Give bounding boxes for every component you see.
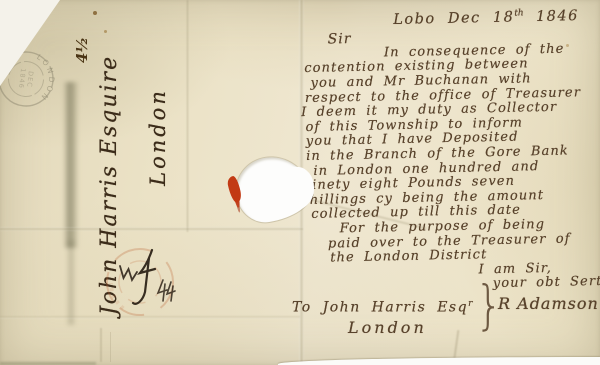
- crease-mark: [100, 328, 102, 362]
- signature: R Adamson: [498, 294, 599, 313]
- docket-place: London: [348, 318, 427, 337]
- letter-scan: LONDON DEC 1846 * 4½ John Harris Esquire…: [0, 0, 600, 365]
- dateline-place: Lobo: [393, 11, 436, 28]
- docket-addressee-text: To John Harris Esq: [292, 300, 468, 316]
- ink-speck: [104, 30, 107, 33]
- postmark-arc-text: LONDON: [31, 52, 59, 104]
- fold-crease: [0, 227, 303, 231]
- dateline-month: Dec: [448, 10, 481, 27]
- docket-addressee: To John Harris Esqr: [292, 299, 472, 316]
- dateline-year: 1846: [536, 8, 579, 25]
- grime-streak: [66, 240, 76, 325]
- envelope-place: London: [146, 77, 174, 197]
- postal-rate-mark: 4½: [73, 33, 95, 67]
- ink-rate-marks: [104, 240, 194, 320]
- letter-page: Lobo Dec 18th 1846 Sir In consequence of…: [300, 0, 598, 365]
- dateline-day: 18: [493, 9, 515, 25]
- crease-mark: [110, 332, 111, 362]
- paper-sheet: LONDON DEC 1846 * 4½ John Harris Esquire…: [0, 0, 600, 365]
- ink-speck: [93, 11, 97, 15]
- dateline-day-suffix: th: [514, 8, 524, 18]
- fold-crease: [186, 0, 189, 232]
- docket-addressee-suffix: r: [468, 299, 472, 309]
- svg-text:LONDON: LONDON: [31, 52, 59, 104]
- grime-streak: [63, 82, 79, 248]
